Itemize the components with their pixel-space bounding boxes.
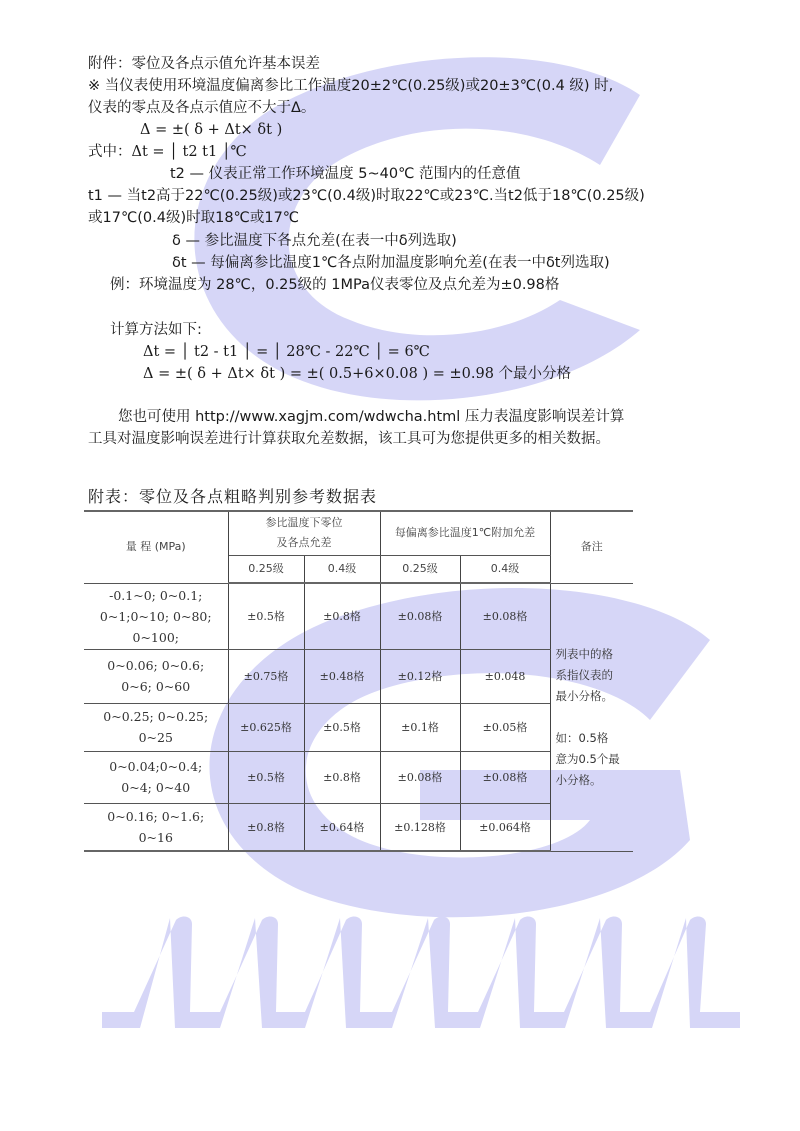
reference-table: 量 程 (MPa) 参比温度下零位 及各点允差 每偏离参比温度1℃附加允差 备注… [84,510,633,852]
value-cell: ±0.8格 [304,583,380,649]
subheader-deg-025: 0.25级 [380,555,460,583]
note-line: 意为0.5个最 [556,749,632,770]
subheader-deg-04: 0.4级 [460,555,550,583]
value-cell: ±0.08格 [380,583,460,649]
delta-t-definition: δt — 每偏离参比温度1℃各点附加温度影响允差(在表一中δt列选取) [172,253,610,273]
delta-definition: δ — 参比温度下各点允差(在表一中δ列选取) [172,231,457,251]
range-line: 0~16 [86,827,226,848]
value-cell: ±0.5格 [228,751,304,803]
note-line: 如：0.5格 [556,728,632,749]
note-line: 列表中的格 [556,644,632,665]
value-cell: ±0.64格 [304,803,380,851]
value-cell: ±0.48格 [304,649,380,703]
range-cell: 0~0.04;0~0.4; 0~4; 0~40 [84,751,228,803]
header-group-ref-temp: 参比温度下零位 及各点允差 [228,511,380,555]
value-cell: ±0.08格 [380,751,460,803]
note-line: 小分格。 [556,770,632,791]
range-line: -0.1~0; 0~0.1; [86,585,226,606]
range-cell: 0~0.16; 0~1.6; 0~16 [84,803,228,851]
range-cell: 0~0.25; 0~0.25; 0~25 [84,703,228,751]
value-cell: ±0.625格 [228,703,304,751]
example-text: 例：环境温度为 28℃，0.25级的 1MPa仪表零位及点允差为±0.98格 [110,275,559,295]
main-formula: Δ = ±( δ + Δt× δt ) [140,120,282,140]
subheader-ref-025: 0.25级 [228,555,304,583]
range-line: 0~25 [86,727,226,748]
calc-step-1: Δt = │ t2 - t1 │ = │ 28℃ - 22℃ │ = 6℃ [143,342,430,362]
note-spacer [556,707,632,728]
t2-definition: t2 — 仪表正常工作环境温度 5~40℃ 范围内的任意值 [170,164,520,184]
range-line: 0~0.06; 0~0.6; [86,655,226,676]
range-line: 0~1;0~10; 0~80; [86,606,226,627]
value-cell: ±0.8格 [228,803,304,851]
range-line: 0~4; 0~40 [86,777,226,798]
note-line: 系指仪表的 [556,665,632,686]
value-cell: ±0.05格 [460,703,550,751]
where-formula: Δt = │ t2 t1 │℃ [132,144,247,160]
table-row: -0.1~0; 0~0.1; 0~1;0~10; 0~80; 0~100; ±0… [84,583,633,649]
note-line: 最小分格。 [556,686,632,707]
calc-heading: 计算方法如下: [110,320,202,340]
value-cell: ±0.08格 [460,583,550,649]
range-line: 0~0.25; 0~0.25; [86,706,226,727]
where-block: 式中：Δt = │ t2 t1 │℃ [88,142,247,162]
header-group-per-degree: 每偏离参比温度1℃附加允差 [380,511,550,555]
range-line: 0~100; [86,627,226,648]
value-cell: ±0.128格 [380,803,460,851]
value-cell: ±0.064格 [460,803,550,851]
calc-step-2: Δ = ±( δ + Δt× δt ) = ±( 0.5+6×0.08 ) = … [143,364,571,384]
condition-text: ※ 当仪表使用环境温度偏离参比工作温度20±2℃(0.25级)或20±3℃(0.… [88,76,613,96]
value-cell: ±0.8格 [304,751,380,803]
range-line: 0~0.04;0~0.4; [86,756,226,777]
range-cell: -0.1~0; 0~0.1; 0~1;0~10; 0~80; 0~100; [84,583,228,649]
tool-note-line1: 您也可使用 http://www.xagjm.com/wdwcha.html 压… [118,407,624,427]
header-group-ref-temp-l2: 及各点允差 [231,533,378,553]
section-title: 附件：零位及各点示值允许基本误差 [88,54,320,74]
value-cell: ±0.5格 [228,583,304,649]
range-line: 0~0.16; 0~1.6; [86,806,226,827]
value-cell: ±0.08格 [460,751,550,803]
subheader-ref-04: 0.4级 [304,555,380,583]
tool-note-line2: 工具对温度影响误差进行计算获取允差数据，该工具可为您提供更多的相关数据。 [88,429,610,449]
where-label: 式中： [88,144,132,160]
t1-definition-cont: 或17℃(0.4级)时取18℃或17℃ [88,208,299,228]
header-group-ref-temp-l1: 参比温度下零位 [231,513,378,533]
header-note: 备注 [550,511,633,583]
value-cell: ±0.75格 [228,649,304,703]
table-title: 附表：零位及各点粗略判别参考数据表 [88,484,377,507]
value-cell: ±0.1格 [380,703,460,751]
note-cell: 列表中的格 系指仪表的 最小分格。 如：0.5格 意为0.5个最 小分格。 [550,583,633,851]
value-cell: ±0.5格 [304,703,380,751]
value-cell: ±0.048 [460,649,550,703]
range-cell: 0~0.06; 0~0.6; 0~6; 0~60 [84,649,228,703]
header-range: 量 程 (MPa) [84,511,228,583]
t1-definition: t1 — 当t2高于22℃(0.25级)或23℃(0.4级)时取22℃或23℃.… [88,186,645,206]
range-line: 0~6; 0~60 [86,676,226,697]
condition-text-cont: 仪表的零点及各点示值应不大于Δ。 [88,98,315,118]
value-cell: ±0.12格 [380,649,460,703]
